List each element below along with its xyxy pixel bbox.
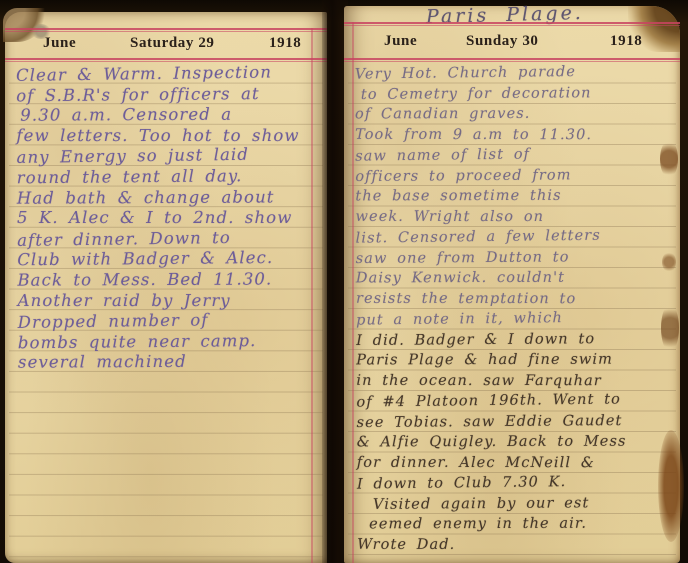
diary-line: Another raid by Jerry (18, 290, 301, 311)
diary-line: saw name of list of (355, 143, 625, 167)
header-rule (5, 31, 327, 32)
diary-line: week. Wright also on (356, 206, 626, 227)
diary-line: Dropped number of (18, 309, 301, 333)
diary-line: Visited again by our est (357, 492, 627, 515)
diary-line: bombs quite near camp. (18, 330, 301, 353)
diary-line: several machined (18, 352, 301, 374)
diary-line: in the ocean. saw Farquhar (356, 370, 626, 391)
diary-scan: June Saturday 29 1918 Clear & Warm. Insp… (0, 0, 688, 563)
header-rule (5, 58, 327, 60)
red-margin-line (352, 22, 354, 563)
diary-line: list. Censored a few letters (356, 225, 626, 249)
stain (658, 430, 684, 542)
diary-entry: Very Hot. Church paradeto Cemetry for de… (355, 62, 627, 555)
red-margin-line (311, 28, 313, 563)
diary-line: of S.B.R's for officers at (16, 83, 299, 106)
diary-line: of #4 Platoon 196th. Went to (356, 389, 626, 413)
diary-line: resists the temptation to (356, 288, 626, 309)
diary-line: put a note in it, which (356, 307, 626, 331)
diary-line: Very Hot. Church parade (355, 61, 625, 85)
diary-line: officers to proceed from (355, 164, 625, 187)
diary-line: 9.30 a.m. Censored a (16, 105, 299, 127)
diary-line: 5 K. Alec & I to 2nd. show (17, 208, 300, 229)
header-rule (344, 58, 680, 60)
year-label: 1918 (269, 35, 301, 52)
day-label: Sunday 30 (466, 33, 539, 50)
diary-left-page: June Saturday 29 1918 Clear & Warm. Insp… (5, 12, 327, 563)
diary-line: the base sometime this (355, 186, 625, 207)
diary-line: few letters. Too hot to show (16, 126, 299, 147)
diary-line: Club with Badger & Alec. (17, 248, 300, 271)
diary-line: I down to Club 7.30 K. (357, 471, 627, 495)
diary-line: eemed enemy in the air. (357, 514, 627, 535)
diary-line: Clear & Warm. Inspection (16, 62, 299, 86)
stain (662, 252, 676, 272)
diary-line: Had bath & change about (17, 187, 300, 209)
diary-line: I did. Badger & I down to (356, 328, 626, 351)
month-label: June (384, 33, 417, 50)
diary-line: & Alfie Quigley. Back to Mess (357, 432, 627, 453)
diary-line: of Canadian graves. (355, 104, 625, 125)
stain (660, 140, 678, 178)
diary-line: for dinner. Alec McNeill & (357, 452, 627, 473)
diary-line: Back to Mess. Bed 11.30. (17, 269, 300, 291)
diary-line: round the tent all day. (17, 166, 300, 189)
day-label: Saturday 29 (130, 35, 215, 52)
diary-entry: Clear & Warm. Inspectionof S.B.R's for o… (16, 63, 301, 374)
diary-line: saw one from Dutton to (356, 246, 626, 269)
header-rule (5, 28, 327, 30)
diary-line: Took from 9 a.m to 11.30. (355, 124, 625, 145)
header-rule (344, 22, 680, 24)
stain (661, 304, 679, 352)
diary-line: to Cemetry for decoration (355, 82, 625, 105)
diary-line: Daisy Kenwick. couldn't (356, 268, 626, 289)
diary-line: Paris Plage & had fine swim (356, 350, 626, 371)
year-label: 1918 (610, 33, 642, 50)
month-label: June (43, 35, 76, 52)
diary-right-page: Paris Plage. June Sunday 30 1918 Very Ho… (344, 6, 680, 563)
page-header: June Sunday 30 1918 (344, 33, 680, 55)
diary-line: see Tobias. saw Eddie Gaudet (357, 410, 627, 433)
page-header: June Saturday 29 1918 (5, 35, 327, 57)
diary-line: Wrote Dad. (357, 534, 627, 555)
header-rule (344, 25, 680, 26)
